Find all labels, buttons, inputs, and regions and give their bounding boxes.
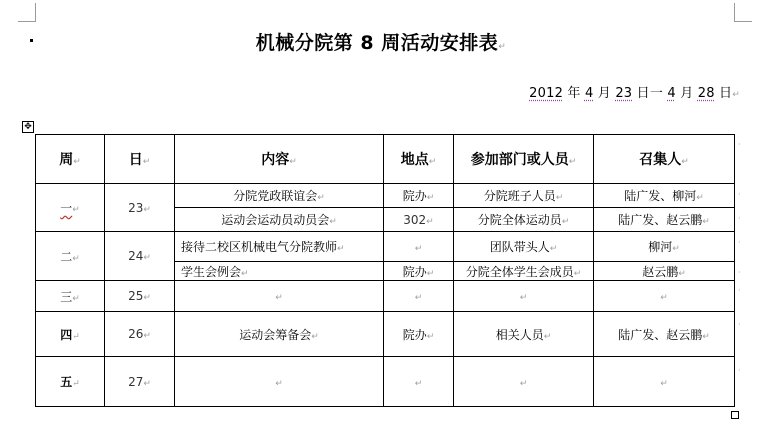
- cell-convener[interactable]: 柳河↵: [594, 232, 735, 262]
- date-year-unit: 年: [567, 86, 580, 101]
- cell-location[interactable]: 院办↵: [384, 312, 454, 357]
- cell-participants[interactable]: 相关人员↵: [454, 312, 594, 357]
- paragraph-mark-icon: ↵: [498, 42, 506, 52]
- cell-weekday[interactable]: 三↵: [36, 281, 105, 312]
- cell-location[interactable]: ↵: [384, 281, 454, 312]
- table-row: 二↵ 24↵ 接待二校区机械电气分院教师↵ ↵ 团队带头人↵ 柳河↵: [36, 232, 735, 262]
- cell-convener[interactable]: 赵云鹏↵: [594, 262, 735, 281]
- cell-participants[interactable]: 分院全体学生会成员↵: [454, 262, 594, 281]
- cell-participants[interactable]: 分院班子人员↵: [454, 184, 594, 208]
- cell-content[interactable]: 运动会筹备会↵: [175, 312, 384, 357]
- table-row: 四↵ 26↵ 运动会筹备会↵ 院办↵ 相关人员↵ 陆广发、赵云鹏↵: [36, 312, 735, 357]
- cell-location[interactable]: 302↵: [384, 208, 454, 232]
- header-participants[interactable]: 参加部门或人员↵: [454, 135, 594, 184]
- date-day-unit-2: 日: [719, 86, 732, 101]
- end-of-row-mark-icon: ·: [738, 320, 741, 329]
- cell-weekday[interactable]: 二↵: [36, 232, 105, 281]
- cell-location[interactable]: ↵: [384, 357, 454, 407]
- cell-weekday[interactable]: 四↵: [36, 312, 105, 357]
- cell-weekday[interactable]: 一↵: [36, 184, 105, 232]
- cell-participants[interactable]: ↵: [454, 281, 594, 312]
- cell-participants[interactable]: ↵: [454, 357, 594, 407]
- table-row: 五↵ 27↵ ↵ ↵ ↵ ↵: [36, 357, 735, 407]
- table-row: 三↵ 25↵ ↵ ↵ ↵ ↵: [36, 281, 735, 312]
- cell-day[interactable]: 24↵: [105, 232, 175, 281]
- crop-mark-top-right-vertical: [734, 3, 735, 22]
- end-of-row-mark-icon: ·: [738, 268, 741, 277]
- cell-participants[interactable]: 团队带头人↵: [454, 232, 594, 262]
- end-of-row-mark-icon: ·: [738, 366, 741, 375]
- cell-location[interactable]: 院办↵: [384, 262, 454, 281]
- cell-day[interactable]: 23↵: [105, 184, 175, 232]
- cell-participants[interactable]: 分院全体运动员↵: [454, 208, 594, 232]
- date-day-unit: 日: [637, 86, 650, 101]
- cell-convener[interactable]: ↵: [594, 357, 735, 407]
- document-title[interactable]: 机械分院第 8 周活动安排表↵: [0, 28, 762, 55]
- cell-convener[interactable]: 陆广发、柳河↵: [594, 184, 735, 208]
- cell-content[interactable]: 接待二校区机械电气分院教师↵: [175, 232, 384, 262]
- cell-convener[interactable]: 陆广发、赵云鹏↵: [594, 208, 735, 232]
- end-of-row-mark-icon: ·: [738, 140, 741, 149]
- header-content[interactable]: 内容↵: [175, 135, 384, 184]
- header-day[interactable]: 日↵: [105, 135, 175, 184]
- header-location[interactable]: 地点↵: [384, 135, 454, 184]
- cell-content[interactable]: 学生会例会↵: [175, 262, 384, 281]
- cell-convener[interactable]: 陆广发、赵云鹏↵: [594, 312, 735, 357]
- end-of-row-mark-icon: ·: [738, 190, 741, 199]
- table-move-handle-icon[interactable]: ✥: [22, 121, 34, 133]
- header-weekday[interactable]: 周↵: [36, 135, 105, 184]
- paragraph-mark-icon: ↵: [732, 90, 740, 100]
- cell-day[interactable]: 25↵: [105, 281, 175, 312]
- table-resize-handle-icon[interactable]: [731, 411, 739, 419]
- date-year: 2012: [529, 86, 563, 101]
- cell-day[interactable]: 26↵: [105, 312, 175, 357]
- end-of-row-mark-icon: ·: [738, 214, 741, 223]
- crop-mark-top-left-horizontal: [18, 21, 36, 22]
- cell-location[interactable]: ↵: [384, 232, 454, 262]
- cell-weekday[interactable]: 五↵: [36, 357, 105, 407]
- cell-convener[interactable]: ↵: [594, 281, 735, 312]
- date-separator: 一: [650, 86, 663, 101]
- cell-content[interactable]: 运动会运动员动员会↵: [175, 208, 384, 232]
- cell-content[interactable]: ↵: [175, 357, 384, 407]
- cell-location[interactable]: 院办↵: [384, 184, 454, 208]
- crop-mark-top-right-horizontal: [734, 21, 752, 22]
- crop-mark-top-left-vertical: [35, 3, 36, 22]
- schedule-table: 周↵ 日↵ 内容↵ 地点↵ 参加部门或人员↵ 召集人↵ 一↵ 23↵ 分院党政联…: [35, 134, 735, 407]
- date-month-unit: 月: [598, 86, 611, 101]
- table-row: 一↵ 23↵ 分院党政联谊会↵ 院办↵ 分院班子人员↵ 陆广发、柳河↵: [36, 184, 735, 208]
- date-start-month: 4: [585, 86, 593, 101]
- date-start-day: 23: [615, 86, 632, 101]
- table-header-row: 周↵ 日↵ 内容↵ 地点↵ 参加部门或人员↵ 召集人↵: [36, 135, 735, 184]
- date-end-month: 4: [667, 86, 675, 101]
- cell-content[interactable]: 分院党政联谊会↵: [175, 184, 384, 208]
- date-month-unit-2: 月: [680, 86, 693, 101]
- end-of-row-mark-icon: ·: [738, 238, 741, 247]
- end-of-row-mark-icon: ·: [738, 286, 741, 295]
- date-range[interactable]: 2012 年 4 月 23 日一 4 月 28 日↵: [529, 82, 740, 101]
- header-convener[interactable]: 召集人↵: [594, 135, 735, 184]
- date-end-day: 28: [698, 86, 715, 101]
- cell-day[interactable]: 27↵: [105, 357, 175, 407]
- title-text: 机械分院第 8 周活动安排表: [256, 32, 498, 54]
- cell-content[interactable]: ↵: [175, 281, 384, 312]
